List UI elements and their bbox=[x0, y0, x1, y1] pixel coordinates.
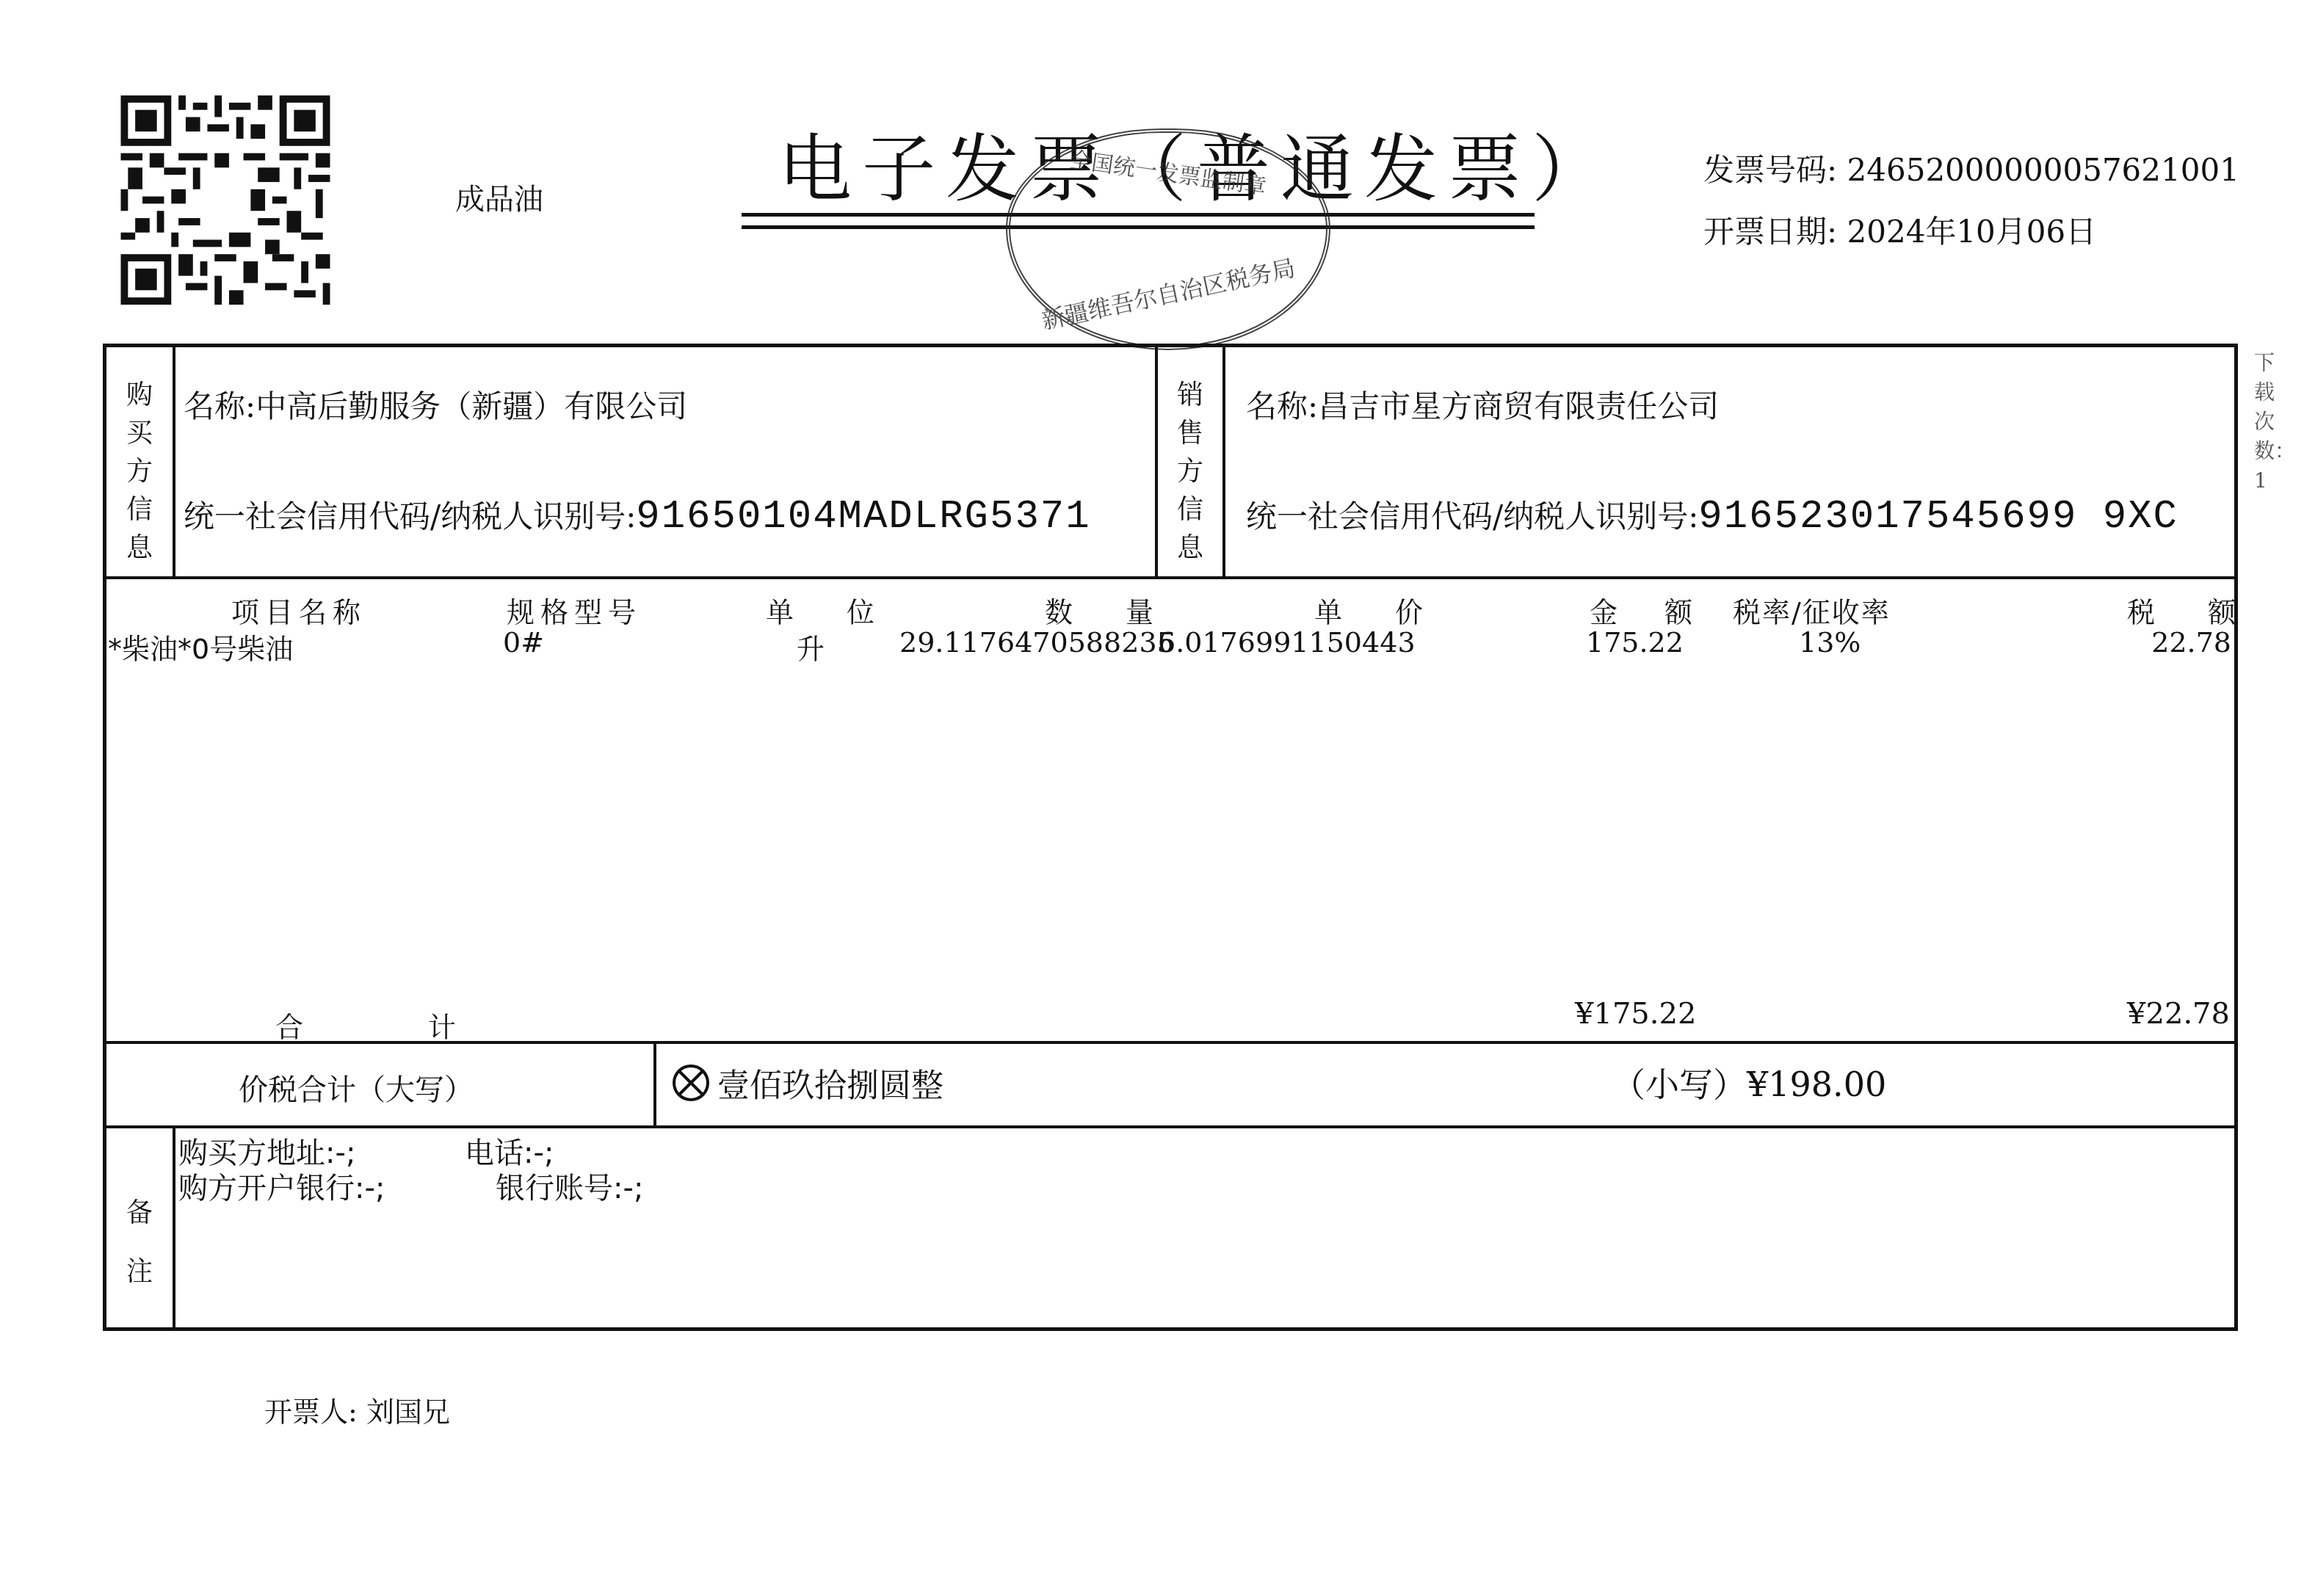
drawer: 开票人: 刘国兄 bbox=[264, 1389, 450, 1429]
buyer-tax-id-row: 统一社会信用代码/纳税人识别号:91650104MADLRG5371 bbox=[184, 493, 1091, 540]
issue-date: 2024年10月06日 bbox=[1847, 214, 2097, 250]
buyer-name-row: 名称:中高后勤服务（新疆）有限公司 bbox=[184, 382, 687, 427]
seller-label-divider bbox=[1222, 347, 1225, 576]
buyer-tax-id: 91650104MADLRG5371 bbox=[636, 495, 1090, 540]
col-header-item-name: 项目名称 bbox=[231, 590, 366, 630]
total-amount: ¥175.22 bbox=[1575, 997, 1696, 1031]
seller-section-label: 销售方信息 bbox=[1168, 377, 1212, 567]
item-unit-price: 6.0176991150443 bbox=[1158, 626, 1416, 659]
grand-total-caps: 壹佰玖拾捌圆整 bbox=[672, 1059, 943, 1106]
invoice-number-row: 发票号码: 24652000000057621001 bbox=[1703, 139, 2239, 201]
remarks-section-label: 备注 bbox=[117, 1184, 162, 1302]
seller-name: 昌吉市星方商贸有限责任公司 bbox=[1318, 388, 1719, 424]
buyer-name-label: 名称: bbox=[184, 388, 256, 424]
seller-tax-id-label: 统一社会信用代码/纳税人识别号: bbox=[1246, 498, 1698, 534]
item-tax: 22.78 bbox=[2151, 626, 2231, 659]
col-header-tax: 税 额 bbox=[2127, 590, 2258, 630]
invoice-number: 24652000000057621001 bbox=[1847, 152, 2239, 188]
buyer-label-divider bbox=[173, 347, 175, 576]
item-amount: 175.22 bbox=[1586, 626, 1684, 659]
stamp-bottom-text: 新疆维吾尔自治区税务局 bbox=[1010, 244, 1326, 342]
issue-date-label: 开票日期: bbox=[1703, 214, 1837, 250]
circle-x-icon bbox=[672, 1064, 710, 1102]
col-header-unit-price: 单 价 bbox=[1314, 590, 1445, 630]
remarks-label-divider bbox=[173, 1125, 175, 1331]
grand-total-small-label: （小写） bbox=[1612, 1064, 1747, 1104]
tax-seal-stamp: 全国统一发票监制章 新疆维吾尔自治区税务局 bbox=[1006, 128, 1330, 350]
total-label: 合计 bbox=[275, 1004, 581, 1045]
seller-tax-id: 916523017545699 9XC bbox=[1698, 495, 2178, 540]
grand-total-caps-value: 壹佰玖拾捌圆整 bbox=[717, 1059, 943, 1106]
seller-name-row: 名称:昌吉市星方商贸有限责任公司 bbox=[1246, 382, 1719, 427]
total-tax: ¥22.78 bbox=[2127, 997, 2230, 1031]
seller-tax-id-row: 统一社会信用代码/纳税人识别号:916523017545699 9XC bbox=[1246, 493, 2178, 540]
col-header-amount: 金 额 bbox=[1590, 590, 1711, 630]
divider-parties bbox=[106, 576, 2234, 579]
col-header-unit: 单 位 bbox=[766, 590, 896, 630]
invoice-number-label: 发票号码: bbox=[1703, 152, 1837, 188]
divider-remarks bbox=[106, 1125, 2234, 1128]
item-spec: 0# bbox=[503, 626, 544, 659]
drawer-label: 开票人: bbox=[264, 1396, 358, 1428]
invoice-category: 成品油 bbox=[455, 176, 543, 218]
caps-divider bbox=[653, 1041, 656, 1125]
grand-total-small: （小写）¥198.00 bbox=[1612, 1058, 1886, 1106]
remark-bank-account: 银行账号:-; bbox=[496, 1165, 643, 1207]
invoice-table: 购买方信息 名称:中高后勤服务（新疆）有限公司 统一社会信用代码/纳税人识别号:… bbox=[103, 344, 2238, 1331]
buyer-name: 中高后勤服务（新疆）有限公司 bbox=[256, 388, 687, 424]
grand-total-caps-label: 价税合计（大写） bbox=[239, 1067, 474, 1109]
party-divider bbox=[1155, 347, 1158, 576]
seller-name-label: 名称: bbox=[1246, 388, 1318, 424]
qr-code bbox=[119, 95, 332, 305]
buyer-tax-id-label: 统一社会信用代码/纳税人识别号: bbox=[184, 498, 636, 534]
drawer-name: 刘国兄 bbox=[366, 1396, 450, 1428]
issue-date-row: 开票日期: 2024年10月06日 bbox=[1703, 201, 2239, 263]
margin-note: 下载次数：1 bbox=[2254, 349, 2283, 496]
remark-bank: 购方开户银行:-; bbox=[178, 1165, 385, 1207]
item-quantity: 29.1176470588235 bbox=[899, 626, 1175, 659]
item-name: *柴油*0号柴油 bbox=[108, 626, 293, 667]
buyer-section-label: 购买方信息 bbox=[117, 377, 162, 567]
grand-total-small-value: ¥198.00 bbox=[1747, 1064, 1886, 1104]
item-tax-rate: 13% bbox=[1799, 626, 1861, 659]
item-unit: 升 bbox=[797, 626, 825, 667]
col-header-spec: 规格型号 bbox=[507, 590, 642, 630]
col-header-tax-rate: 税率/征收率 bbox=[1733, 590, 1891, 630]
col-header-quantity: 数 量 bbox=[1045, 590, 1175, 630]
invoice-meta: 发票号码: 24652000000057621001 开票日期: 2024年10… bbox=[1703, 139, 2239, 263]
